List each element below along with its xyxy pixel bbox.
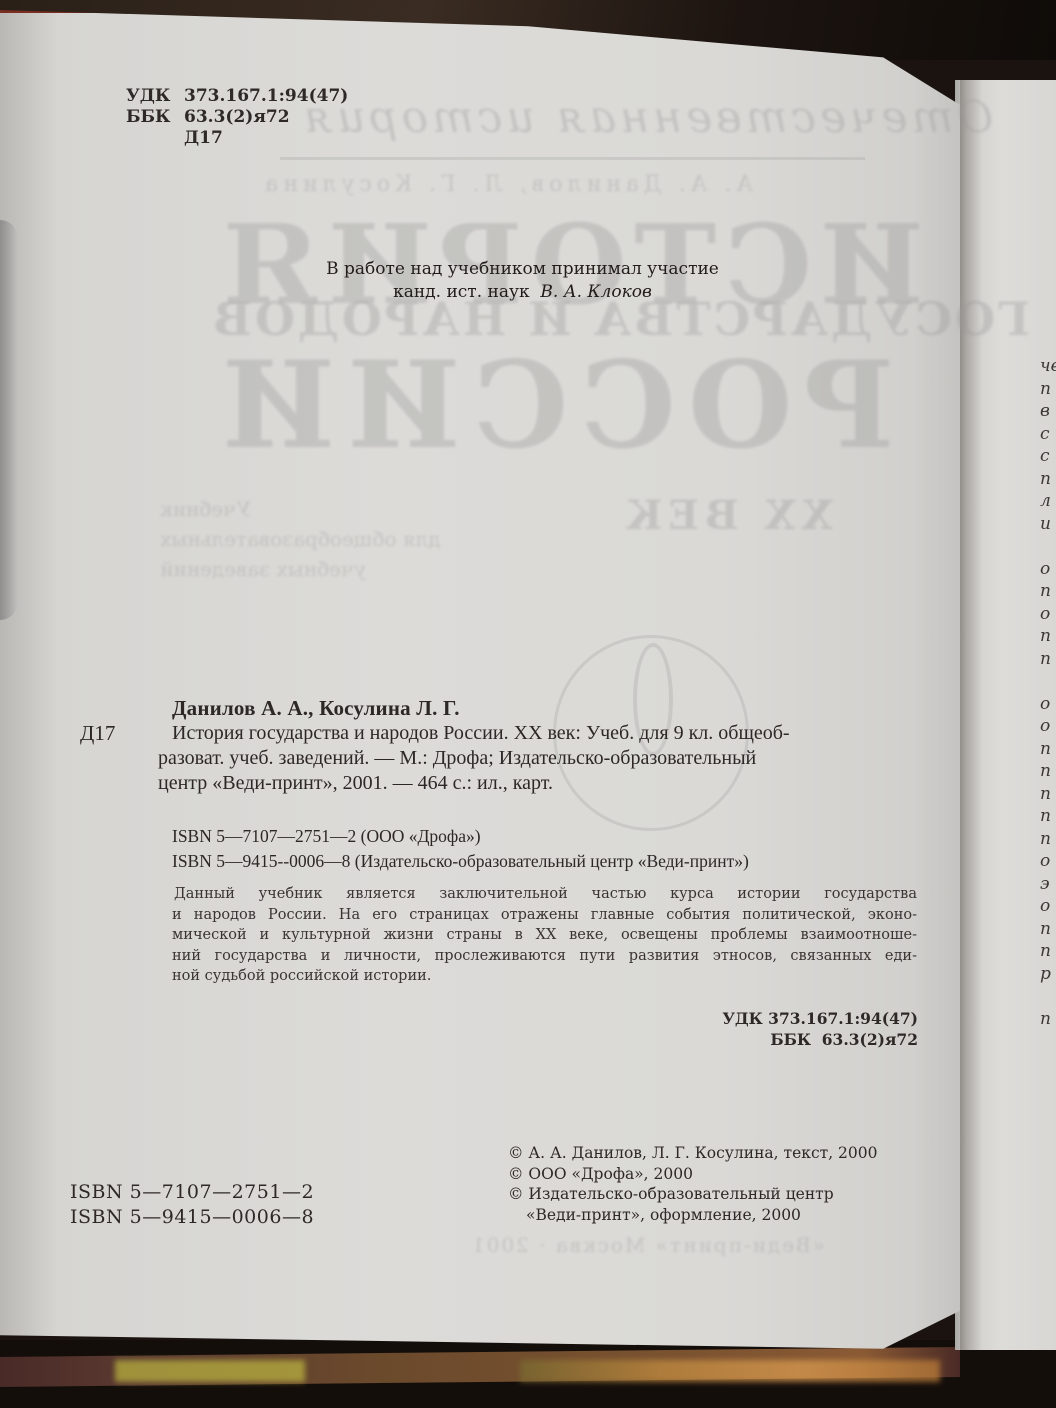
contributor-line-2: канд. ист. наук В. А. Клоков: [300, 281, 745, 304]
abstract-line: и народов России. На его страницах отраж…: [172, 905, 917, 926]
contributor-line-1: В работе над учебником принимал участие: [300, 258, 745, 281]
abstract-line: ний государства и личности, прослеживают…: [172, 946, 917, 967]
copyright-line: © А. А. Данилов, Л. Г. Косулина, текст, …: [508, 1143, 878, 1164]
show-through-rule: [280, 157, 865, 160]
page-curl-shadow: [0, 220, 18, 620]
isbn-block: ISBN 5—7107—2751—2 ISBN 5—9415—0006—8: [70, 1180, 314, 1230]
isbn-line: ISBN 5—7107—2751—2: [70, 1180, 314, 1205]
card-authors: Данилов А. А., Косулина Л. Г.: [172, 696, 460, 721]
cover-pattern-highlight: [520, 1360, 940, 1382]
card-entry-line: центр «Веди-принт», 2001. — 464 с.: ил.,…: [158, 771, 1002, 796]
contributor-name: В. А. Клоков: [540, 282, 651, 302]
abstract-line: Данный учебник является заключительной ч…: [172, 884, 917, 905]
library-codes: УДК373.167.1:94(47) ББК63.3(2)я72 Д17: [126, 86, 348, 149]
abstract-line: ной судьбой российской истории.: [172, 966, 917, 987]
copyright-line: © Издательско-образовательный центр: [508, 1184, 878, 1205]
udc-code: УДК 373.167.1:94(47): [700, 1008, 918, 1029]
card-isbn-1: ISBN 5—7107—2751—2 (ООО «Дрофа»): [172, 826, 481, 847]
udc-value: 373.167.1:94(47): [184, 86, 348, 106]
copyright-line: © ООО «Дрофа», 2000: [508, 1164, 878, 1185]
udc-label: УДК: [126, 86, 184, 107]
udc-line: УДК373.167.1:94(47): [126, 86, 348, 107]
bbk-code: ББК 63.3(2)я72: [700, 1029, 918, 1050]
card-isbn-2: ISBN 5—9415--0006—8 (Издательско-образов…: [172, 851, 749, 872]
copyright-block: © А. А. Данилов, Л. Г. Косулина, текст, …: [508, 1143, 878, 1225]
contributor-degree: канд. ист. наук: [393, 282, 530, 302]
classification-codes: УДК 373.167.1:94(47) ББК 63.3(2)я72: [700, 1008, 918, 1050]
bbk-label: ББК: [126, 107, 184, 128]
bbk-value: 63.3(2)я72: [184, 107, 290, 127]
bbk-line: ББК63.3(2)я72: [126, 107, 348, 128]
abstract-line: мической и культурной жизни страны в XX …: [172, 925, 917, 946]
copyright-line: «Веди-принт», оформление, 2000: [508, 1205, 878, 1226]
card-entry-line: разоват. учеб. заведений. — М.: Дрофа; И…: [158, 746, 1002, 771]
card-entry: История государства и народов России. XX…: [172, 721, 1002, 796]
contributor-note: В работе над учебником принимал участие …: [300, 258, 745, 304]
book-abstract: Данный учебник является заключительной ч…: [172, 884, 917, 987]
page-gutter: [960, 80, 982, 1350]
card-author-mark: Д17: [80, 721, 115, 746]
cover-pattern-highlight: [115, 1360, 305, 1382]
facing-page-text-fragment: че п в с с п л и о п о п п о о п п п п п…: [1040, 355, 1056, 1030]
isbn-line: ISBN 5—9415—0006—8: [70, 1205, 314, 1230]
card-entry-line: История государства и народов России. XX…: [172, 721, 1002, 746]
author-mark: Д17: [126, 128, 348, 149]
